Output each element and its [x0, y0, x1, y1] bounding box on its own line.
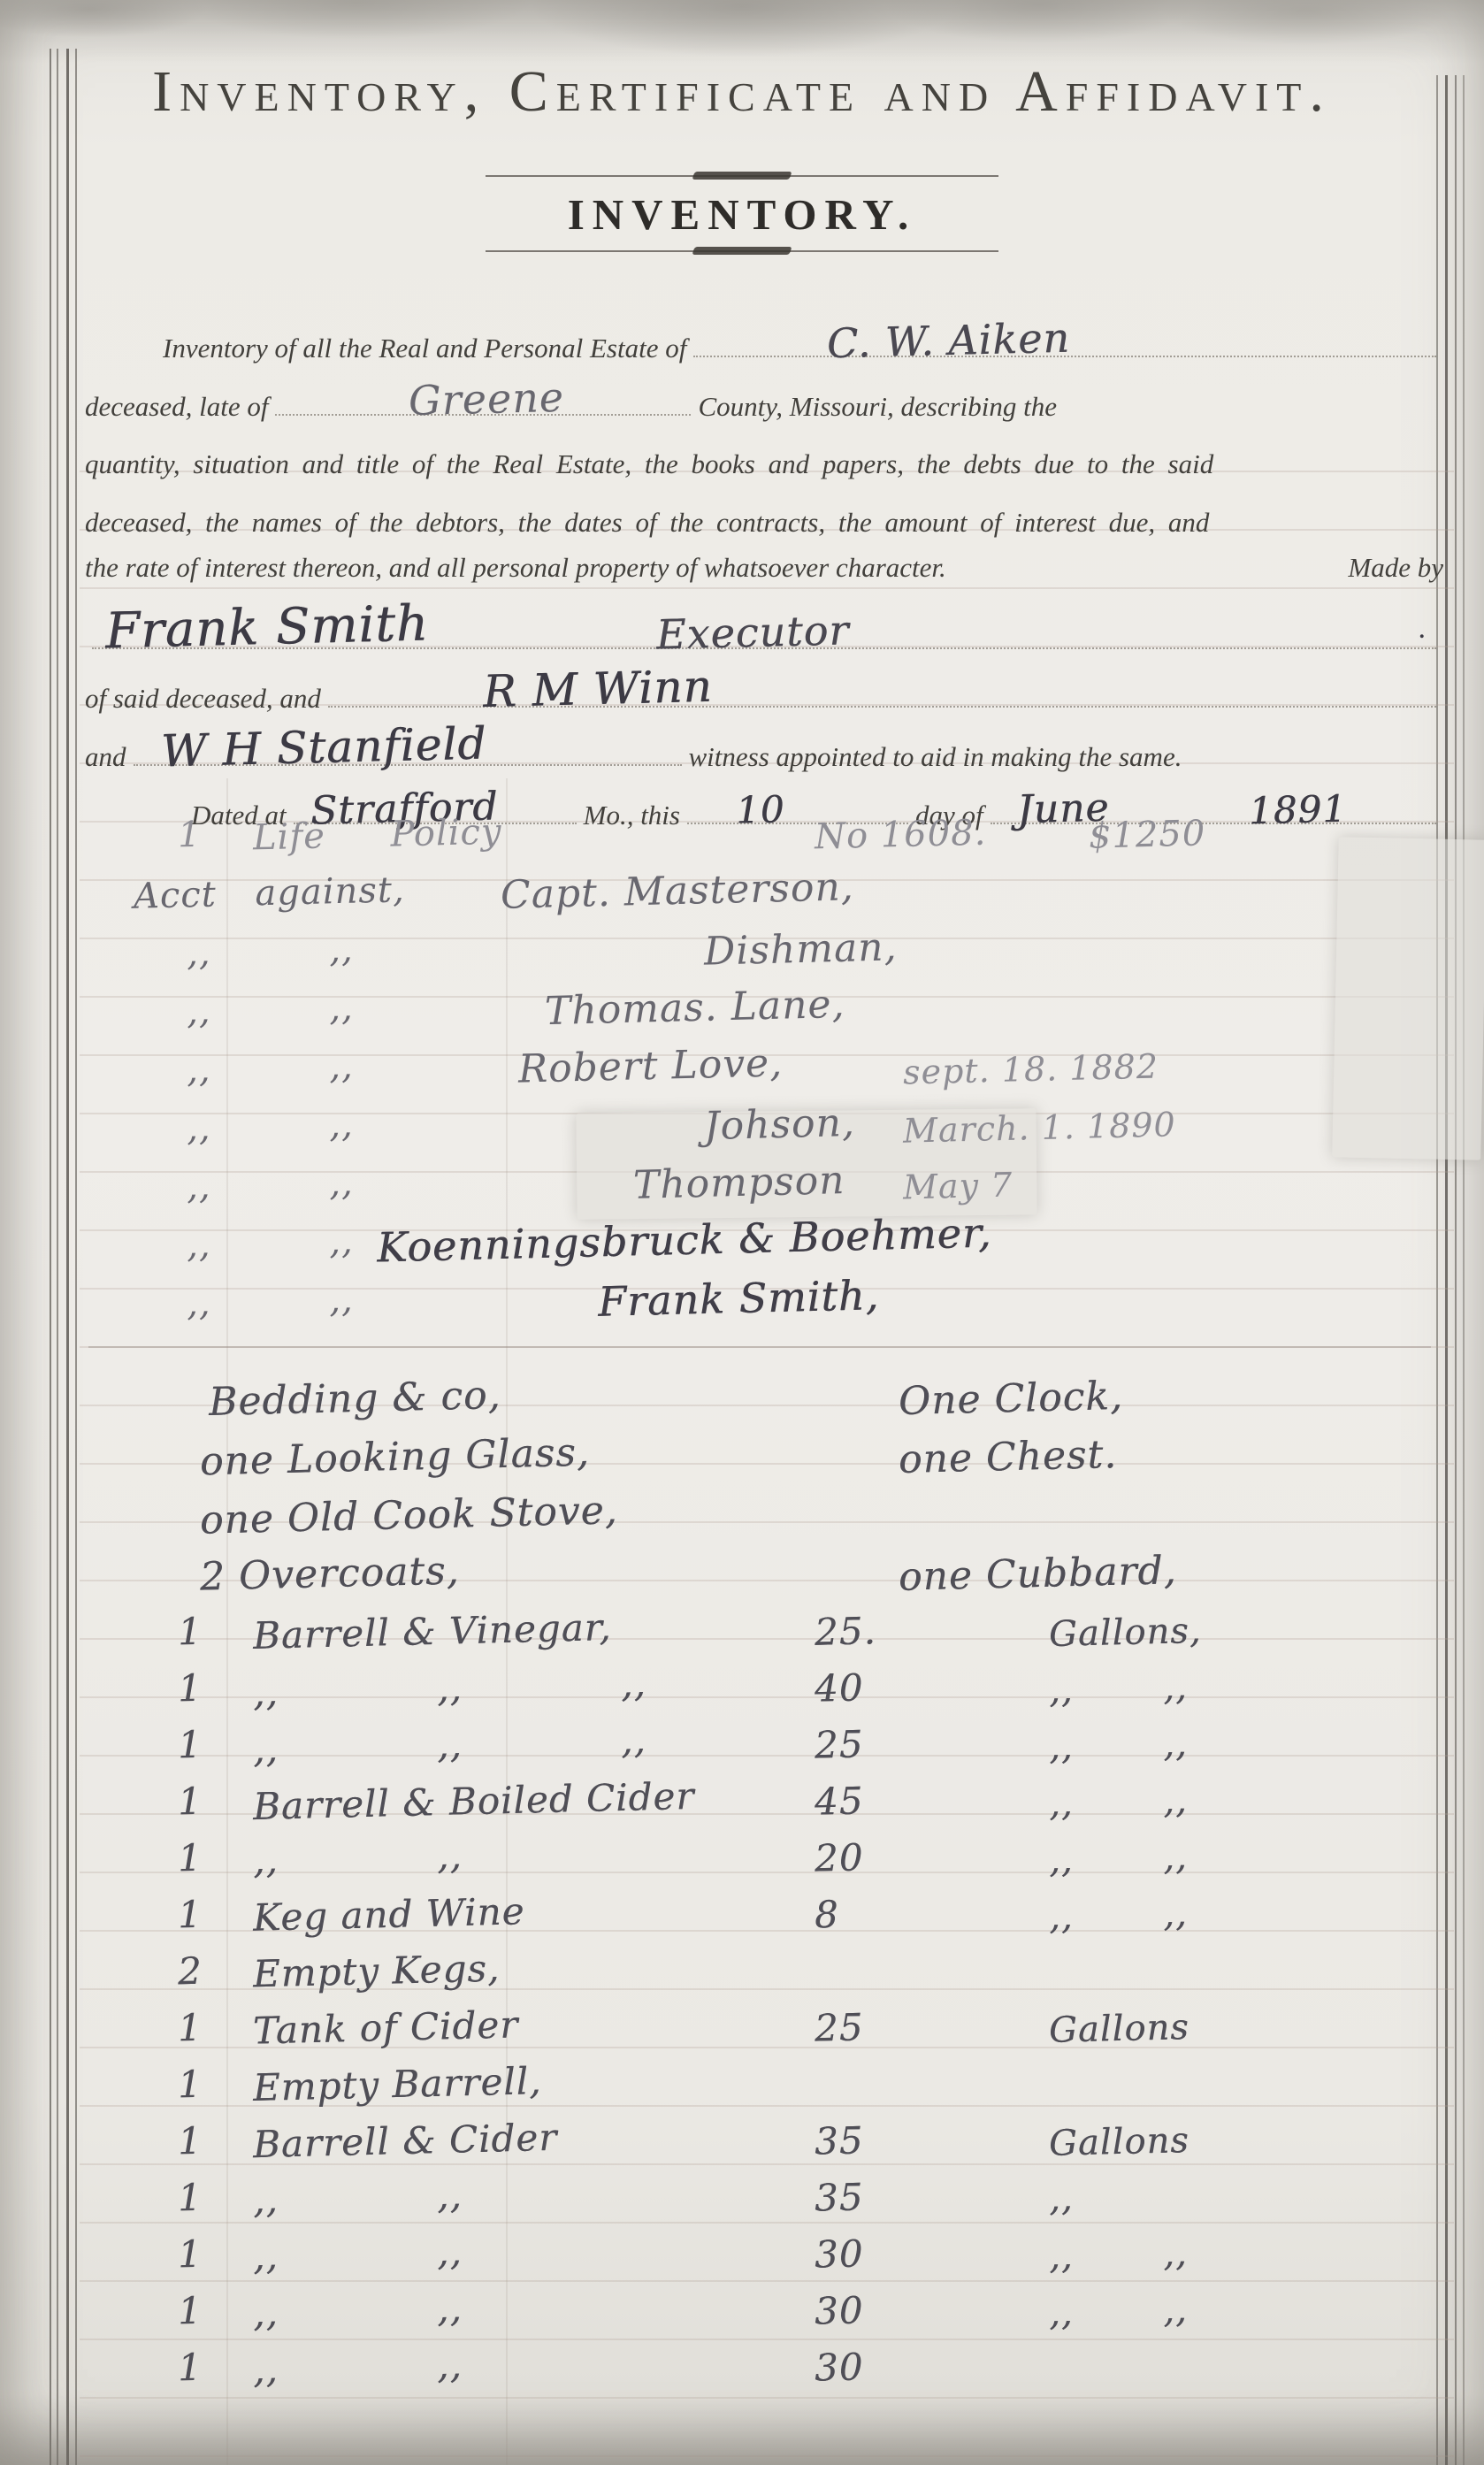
section-heading: INVENTORY. [477, 189, 1007, 240]
handwritten-executor-title: Executor [656, 606, 851, 658]
item-amount: 25. [814, 1609, 876, 1654]
debtor-name: Frank Smith, [597, 1271, 879, 1326]
item-row: 1,, ,,30,, ,, [85, 2223, 1449, 2279]
handwritten-witness-name-2: W H Stanfield [160, 718, 487, 777]
policy-number: No 1608. [814, 813, 986, 858]
fill-line: Frank Smith Executor . [92, 610, 1436, 649]
item-row: 1,, ,,30 [85, 2336, 1449, 2392]
left-margin-rules [0, 49, 88, 2465]
items-list: 1Barrell & Vinegar,25.Gallons,1,, ,, ,,4… [85, 1600, 1449, 2392]
household-item-left: 2 Overcoats, [199, 1548, 460, 1599]
form-line-appraiser-2: and W H Stanfield witness appointed to a… [85, 727, 1443, 785]
item-unit: Gallons, [1048, 1611, 1202, 1655]
item-description: Empty Barrell, [252, 2059, 542, 2109]
printed-text: County, Missouri, describing the [698, 391, 1057, 423]
account-row: ,, ,,Robert Love,sept. 18. 1882 [85, 1034, 1449, 1092]
item-unit: Gallons [1048, 2120, 1189, 2164]
item-qty: 1 [177, 2289, 203, 2333]
form-line-estate-of: Inventory of all the Real and Personal E… [85, 318, 1443, 377]
printed-text: the rate of interest thereon, and all pe… [85, 552, 946, 584]
item-qty: 1 [177, 2232, 203, 2277]
item-description: Keg and Wine [252, 1889, 525, 1939]
item-amount: 30 [814, 2288, 864, 2332]
document-title: Inventory, Certificate and Affidavit. [0, 58, 1484, 126]
item-unit: ,, ,, [1048, 2290, 1188, 2334]
printed-made-by: Made by [1348, 552, 1443, 584]
item-qty: 1 [177, 1723, 203, 1767]
item-unit: ,, ,, [1048, 1667, 1188, 1711]
handwritten-executor-name: Frank Smith [104, 595, 429, 661]
handwritten-county: Greene [408, 373, 564, 425]
item-qty: 1 [177, 1610, 203, 1654]
policy-qty: 1 [177, 815, 202, 856]
item-unit: ,, ,, [1048, 1894, 1188, 1938]
policy-item: Life Policy [252, 812, 502, 859]
printed-text: Inventory of all the Real and Personal E… [163, 333, 686, 364]
item-unit: ,, ,, [1048, 1837, 1188, 1881]
account-row: ,, ,,ThompsonMay 7 [85, 1151, 1449, 1209]
item-row: 1,, ,, ,,25,, ,, [85, 1713, 1449, 1770]
account-prefix: ,, ,, [186, 930, 354, 975]
account-prefix: ,, ,, [186, 1046, 354, 1091]
ledger: 1Life PolicyNo 1608.$1250Acct against,Ca… [85, 800, 1449, 2392]
item-amount: 25 [814, 1722, 864, 1766]
handwritten-witness-name-1: R M Winn [483, 661, 714, 717]
item-amount: 20 [814, 1835, 864, 1879]
item-amount: 45 [814, 1779, 864, 1823]
item-amount: 40 [814, 1665, 864, 1710]
item-qty: 1 [177, 2006, 203, 2050]
item-amount: 25 [814, 2005, 864, 2049]
household-item-right: one Chest. [898, 1432, 1117, 1482]
debtor-name: Koenningsbruck & Boehmer, [376, 1209, 991, 1272]
account-row: ,, ,,Dishman, [85, 917, 1449, 976]
item-row: 1,, ,, ,,40,, ,, [85, 1657, 1449, 1713]
item-qty: 1 [177, 2176, 203, 2220]
bottom-shadow [0, 2394, 1484, 2465]
item-row: 2Empty Kegs, [85, 1940, 1449, 1996]
item-row: 1Tank of Cider25Gallons [85, 1996, 1449, 2053]
account-prefix: ,, ,, [186, 988, 354, 1033]
form-line-body-2: deceased, the names of the debtors, the … [85, 494, 1443, 552]
item-row: 1Keg and Wine8,, ,, [85, 1883, 1449, 1940]
item-qty: 1 [177, 1836, 203, 1880]
item-description: Empty Kegs, [252, 1947, 500, 1996]
printed-text: of said deceased, and [85, 683, 321, 715]
scanned-document-page: Inventory, Certificate and Affidavit. IN… [0, 0, 1484, 2465]
item-qty: 1 [177, 1780, 203, 1824]
account-row: ,, ,,Koenningsbruck & Boehmer, [85, 1209, 1449, 1267]
item-unit: ,, ,, [1048, 1724, 1188, 1768]
household-row: 2 Overcoats,one Cubbard, [85, 1542, 1449, 1600]
account-date: March. 1. 1890 [903, 1105, 1177, 1151]
printed-text: witness appointed to aid in making the s… [689, 741, 1182, 773]
debtor-name: Capt. Masterson, [500, 864, 854, 918]
item-description: Tank of Cider [252, 2002, 518, 2052]
ink-blot [692, 172, 792, 180]
item-description: ,, ,, [252, 2286, 463, 2335]
debtor-name: Robert Love, [517, 1040, 783, 1091]
printed-form: Inventory of all the Real and Personal E… [85, 318, 1443, 844]
policy-amount: $1250 [1088, 813, 1205, 856]
account-prefix: ,, ,, [186, 1280, 354, 1325]
item-row: 1Barrell & Cider35Gallons [85, 2109, 1449, 2166]
account-row: Acct against,Capt. Masterson, [85, 859, 1449, 917]
item-description: ,, ,, ,, [252, 1719, 646, 1772]
item-row: 1,, ,,20,, ,, [85, 1826, 1449, 1883]
item-row: 1Barrell & Vinegar,25.Gallons, [85, 1600, 1449, 1657]
item-description: ,, ,, [252, 2230, 463, 2278]
item-unit: Gallons [1048, 2007, 1189, 2051]
account-row: ,, ,,Johson,March. 1. 1890 [85, 1092, 1449, 1151]
item-qty: 1 [177, 1666, 203, 1711]
ink-blot [692, 247, 792, 255]
item-qty: 2 [177, 1949, 203, 1994]
item-qty: 1 [177, 2119, 203, 2163]
printed-text: deceased, late of [85, 391, 268, 423]
account-prefix: ,, ,, [186, 1163, 354, 1208]
item-amount: 30 [814, 2345, 864, 2389]
item-row: 1,, ,,30,, ,, [85, 2279, 1449, 2336]
accounts-list: Acct against,Capt. Masterson,,, ,,Dishma… [85, 859, 1449, 1326]
form-line-body-1: quantity, situation and title of the Rea… [85, 435, 1443, 494]
item-amount: 35 [814, 2118, 864, 2163]
household-item-right: one Cubbard, [898, 1548, 1177, 1600]
fill-line: Greene [275, 377, 691, 416]
debtor-name: Johson, [703, 1100, 855, 1149]
account-row: ,, ,,Frank Smith, [85, 1267, 1449, 1326]
fill-line: R M Winn [328, 669, 1436, 708]
item-qty: 1 [177, 2346, 203, 2390]
decorative-rule-top [486, 175, 998, 177]
ledger-row-policy: 1Life PolicyNo 1608.$1250 [85, 800, 1449, 859]
item-description: ,, ,, [252, 1833, 463, 1882]
item-amount: 35 [814, 2175, 864, 2219]
item-description: Barrell & Cider [252, 2116, 557, 2166]
item-amount: 8 [814, 1893, 839, 1937]
account-prefix: ,, ,, [186, 1221, 354, 1267]
household-row: one Looking Glass,one Chest. [85, 1425, 1449, 1483]
fill-line: W H Stanfield [134, 727, 682, 766]
form-line-appraiser-1: of said deceased, and R M Winn [85, 669, 1443, 727]
account-date: May 7 [902, 1165, 1013, 1206]
household-item-left: Bedding & co, [208, 1373, 501, 1425]
account-date: sept. 18. 1882 [903, 1046, 1159, 1091]
household-item-right: One Clock, [898, 1374, 1123, 1424]
debtor-name: Thomas. Lane, [544, 982, 845, 1034]
debtor-name: Dishman, [703, 924, 898, 974]
item-qty: 1 [177, 1893, 203, 1937]
item-qty: 1 [177, 2063, 203, 2107]
item-description: ,, ,, [252, 2173, 463, 2222]
household-row: Bedding & co,One Clock, [85, 1366, 1449, 1425]
item-amount: 30 [814, 2232, 864, 2276]
item-row: 1Empty Barrell, [85, 2053, 1449, 2109]
printed-period: . [1419, 612, 1427, 646]
account-prefix: Acct against, [133, 869, 405, 916]
handwritten-decedent-name: C. W. Aiken [827, 314, 1071, 368]
fill-line: C. W. Aiken [693, 318, 1436, 357]
section-header: INVENTORY. [477, 175, 1007, 252]
debtor-name: Thompson [632, 1158, 845, 1208]
item-description: Barrell & Vinegar, [252, 1605, 612, 1657]
household-list: Bedding & co,One Clock,one Looking Glass… [85, 1366, 1449, 1600]
item-row: 1,, ,,35,, [85, 2166, 1449, 2223]
item-row: 1Barrell & Boiled Cider45,, ,, [85, 1770, 1449, 1826]
form-line-executor: Frank Smith Executor . [85, 610, 1443, 669]
household-item-left: one Old Cook Stove, [199, 1488, 618, 1543]
item-description: ,, ,, [252, 2343, 463, 2392]
printed-text: and [85, 741, 126, 773]
account-prefix: ,, ,, [186, 1105, 354, 1150]
item-description: ,, ,, ,, [252, 1662, 646, 1715]
account-row: ,, ,,Thomas. Lane, [85, 976, 1449, 1034]
form-line-county: deceased, late of Greene County, Missour… [85, 377, 1443, 435]
decorative-rule-bottom [486, 250, 998, 252]
item-unit: ,, ,, [1048, 2233, 1188, 2277]
item-unit: ,, [1048, 2178, 1074, 2220]
item-unit: ,, ,, [1048, 1780, 1188, 1825]
item-description: Barrell & Boiled Cider [252, 1774, 694, 1828]
household-row: one Old Cook Stove, [85, 1483, 1449, 1542]
household-item-left: one Looking Glass, [199, 1430, 590, 1485]
